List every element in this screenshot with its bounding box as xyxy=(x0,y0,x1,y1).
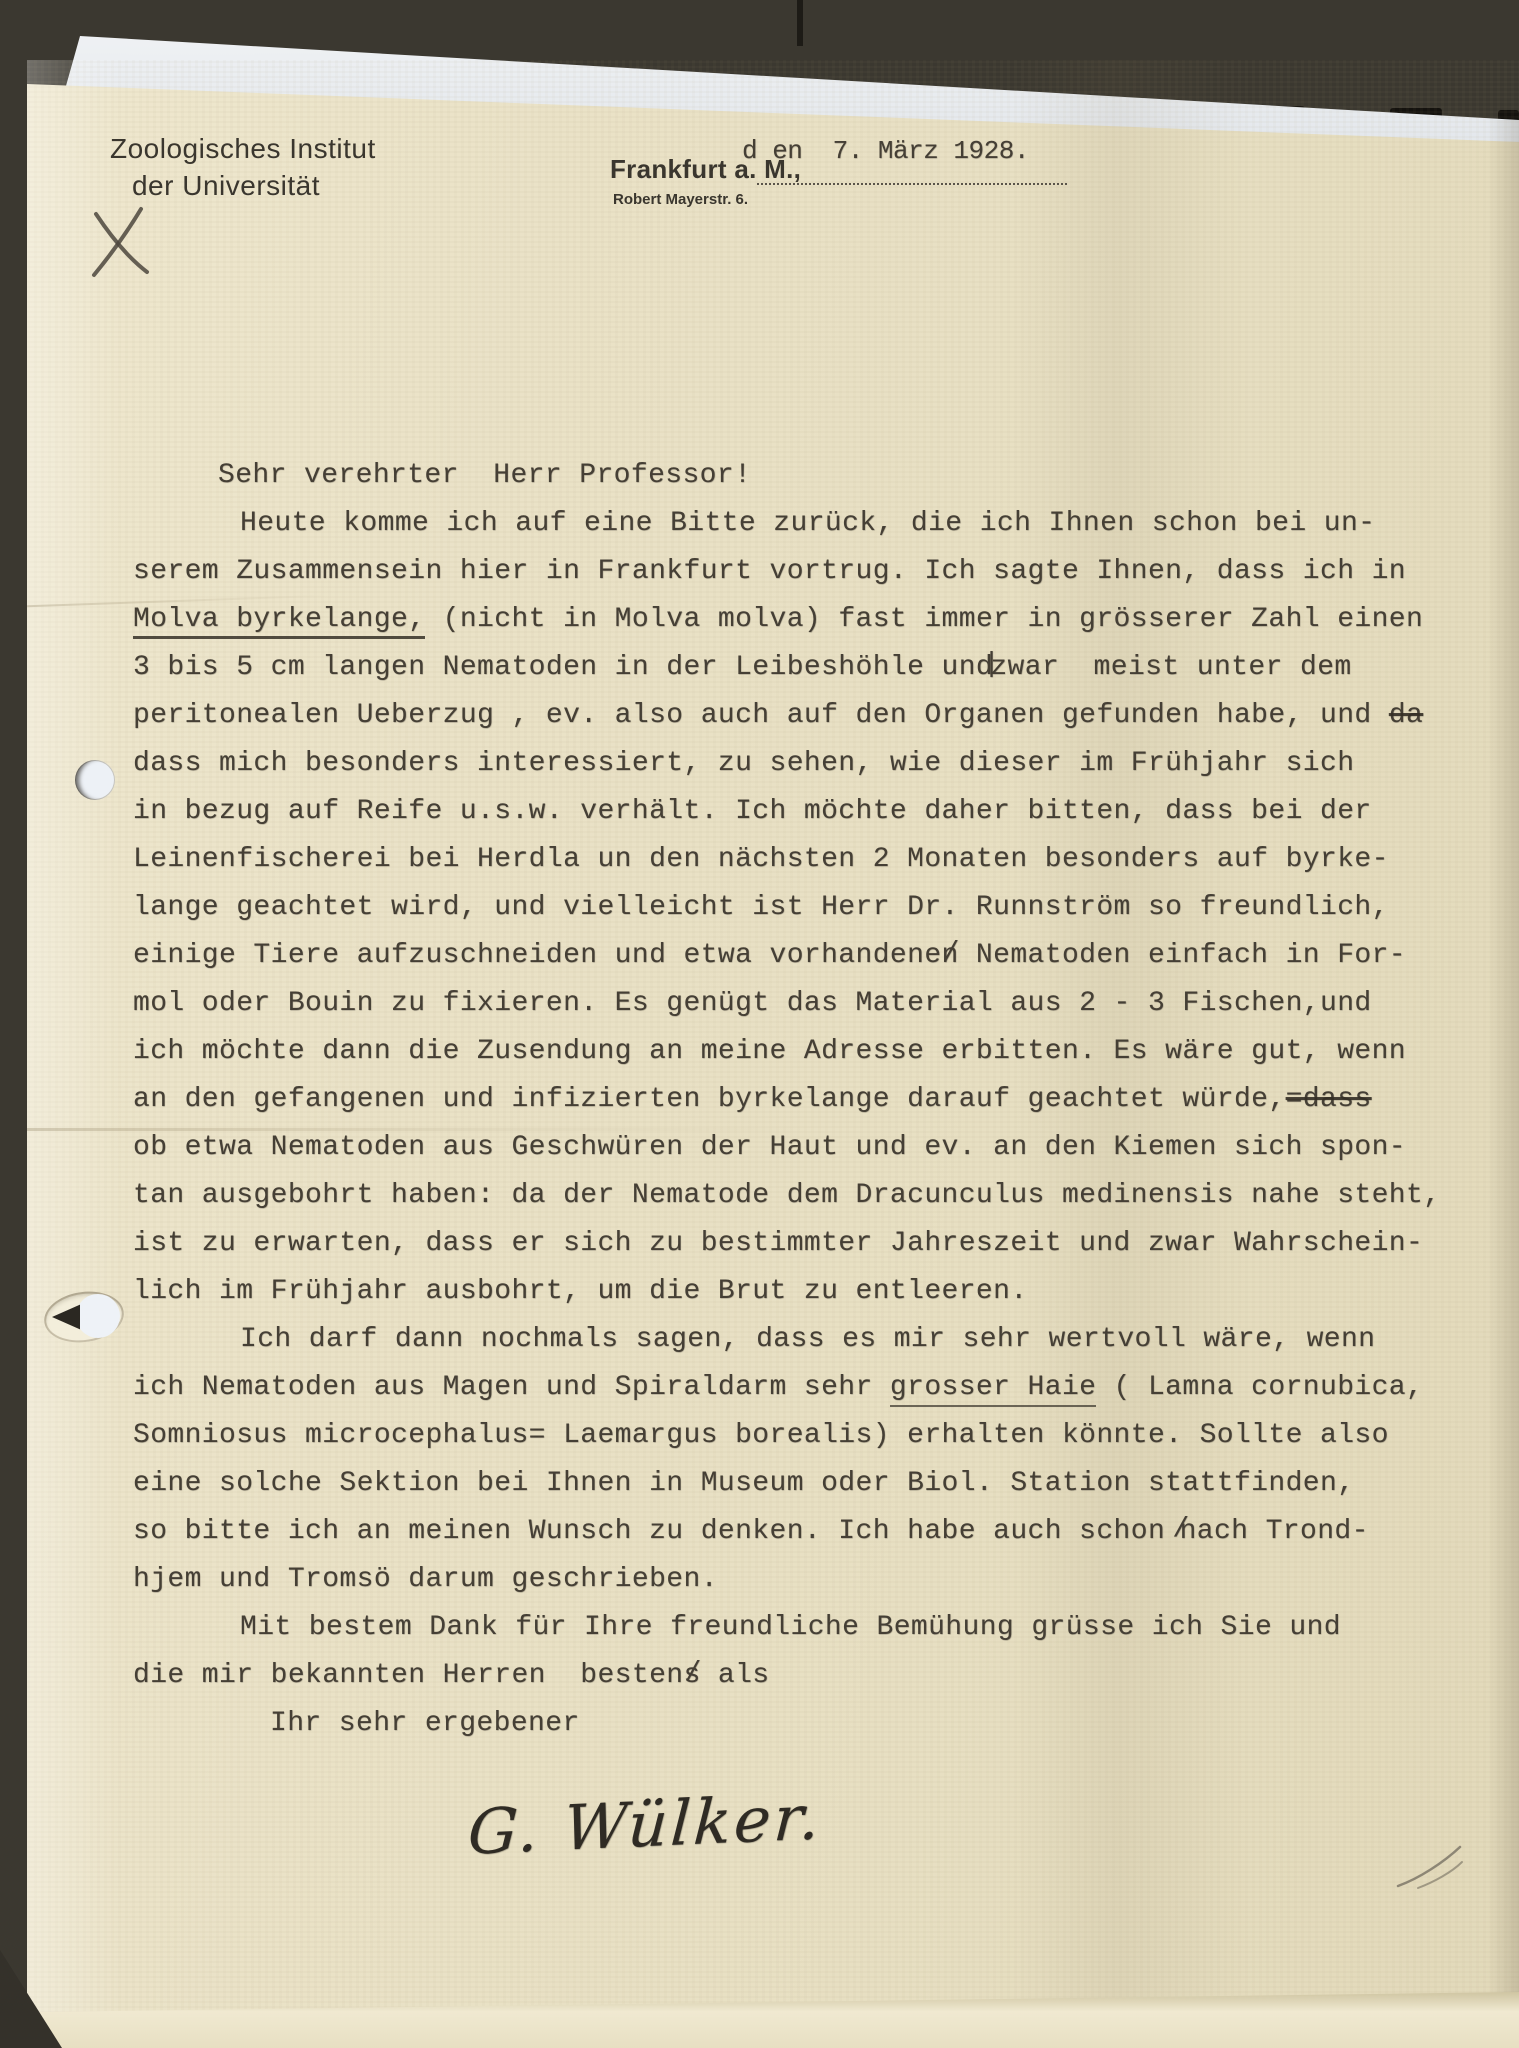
letter-text-segment: Ihr sehr ergebener xyxy=(270,1708,580,1739)
punch-hole-bottom xyxy=(44,1290,124,1344)
letter-line: Sehr verehrter Herr Professor! xyxy=(133,452,1493,500)
letter-text-segment: (nicht in Molva molva) fast immer in grö… xyxy=(425,604,1423,635)
letter-line: dass mich besonders interessiert, zu seh… xyxy=(133,740,1493,788)
letter-text-segment: Nematoden einfach in For- xyxy=(959,940,1406,971)
letter-text-segment: Molva byrkelange, xyxy=(133,604,425,639)
letter-text-segment: 3 bis 5 cm langen Nematoden in der Leibe… xyxy=(133,652,993,683)
letter-text-segment: ist zu erwarten, dass er sich zu bestimm… xyxy=(133,1228,1423,1259)
letter-line: in bezug auf Reife u.s.w. verhält. Ich m… xyxy=(133,788,1493,836)
letter-line: ich Nematoden aus Magen und Spiraldarm s… xyxy=(133,1364,1493,1412)
letter-text-segment: zwar meist unter dem xyxy=(990,652,1351,683)
signature: G. Wülker. xyxy=(466,1780,825,1869)
letter-text-segment: lich im Frühjahr ausbohrt, um die Brut z… xyxy=(133,1276,1028,1307)
letter-text-segment: an den gefangenen und infizierten byrkel… xyxy=(133,1084,1286,1115)
letter-line: tan ausgebohrt haben: da der Nematode de… xyxy=(133,1172,1493,1220)
letter-text-segment: nach Trond- xyxy=(1180,1516,1369,1547)
dotted-fill-line xyxy=(757,170,1067,185)
letter-text-segment: =dass xyxy=(1286,1084,1372,1115)
letter-text-segment: Mit bestem Dank für Ihre freundliche Bem… xyxy=(240,1612,1341,1643)
letter-line: peritonealen Ueberzug , ev. also auch au… xyxy=(133,692,1493,740)
letterhead-institute-line2: der Universität xyxy=(110,170,342,202)
letter-text-segment: da xyxy=(1389,700,1423,731)
letter-line: Molva byrkelange, (nicht in Molva molva)… xyxy=(133,596,1493,644)
letter-text-segment: ob etwa Nematoden aus Geschwüren der Hau… xyxy=(133,1132,1406,1163)
letter-text-segment: grosser Haie xyxy=(890,1372,1096,1407)
letter-text-segment: n xyxy=(942,932,959,980)
letter-line: lange geachtet wird, und vielleicht ist … xyxy=(133,884,1493,932)
letter-line: eine solche Sektion bei Ihnen in Museum … xyxy=(133,1460,1493,1508)
letter-line: mol oder Bouin zu fixieren. Es genügt da… xyxy=(133,980,1493,1028)
letter-text-segment: ich möchte dann die Zusendung an meine A… xyxy=(133,1036,1406,1067)
letter-line: die mir bekannten Herren bestens als xyxy=(133,1652,1493,1700)
letter-text-segment: ( Lamna cornubica, xyxy=(1096,1372,1423,1403)
typed-date: d en 7. März 1928. xyxy=(742,136,1029,166)
letter-line: Ihr sehr ergebener xyxy=(133,1700,1493,1748)
letter-text-segment: ich Nematoden aus Magen und Spiraldarm s… xyxy=(133,1372,890,1403)
letter-text-segment: / xyxy=(1172,1514,1189,1545)
letter-text-segment: Heute komme ich auf eine Bitte zurück, d… xyxy=(240,508,1375,539)
letter-text-segment: s xyxy=(684,1652,701,1700)
letter-line: Heute komme ich auf eine Bitte zurück, d… xyxy=(133,500,1493,548)
letter-line: ist zu erwarten, dass er sich zu bestimm… xyxy=(133,1220,1493,1268)
letter-text-segment: die mir bekannten Herren besten xyxy=(133,1660,684,1691)
letter-line: Leinenfischerei bei Herdla un den nächst… xyxy=(133,836,1493,884)
letter-line: so bitte ich an meinen Wunsch zu denken.… xyxy=(133,1508,1493,1556)
letter-line: Mit bestem Dank für Ihre freundliche Bem… xyxy=(133,1604,1493,1652)
letter-line: einige Tiere aufzuschneiden und etwa vor… xyxy=(133,932,1493,980)
letter-text-segment: so bitte ich an meinen Wunsch zu denken.… xyxy=(133,1516,1182,1547)
backdrop-slit xyxy=(797,0,803,46)
letterhead-institute-line1: Zoologisches Institut xyxy=(110,133,376,165)
letter-line: Somniosus microcephalus= Laemargus borea… xyxy=(133,1412,1493,1460)
letter-text-segment: als xyxy=(701,1660,770,1691)
letter-line: ob etwa Nematoden aus Geschwüren der Hau… xyxy=(133,1124,1493,1172)
letter-text-segment: tan ausgebohrt haben: da der Nematode de… xyxy=(133,1180,1440,1211)
letterhead-street: Robert Mayerstr. 6. xyxy=(613,191,748,208)
letter-text-segment: Ich darf dann nochmals sagen, dass es mi… xyxy=(240,1324,1375,1355)
letter-body: Sehr verehrter Herr Professor!Heute komm… xyxy=(133,452,1493,1748)
letter-text-segment: hjem und Tromsö darum geschrieben. xyxy=(133,1564,718,1595)
letter-text-segment: in bezug auf Reife u.s.w. verhält. Ich m… xyxy=(133,796,1372,827)
letter-text-segment: einige Tiere aufzuschneiden und etwa vor… xyxy=(133,940,942,971)
letter-line: lich im Frühjahr ausbohrt, um die Brut z… xyxy=(133,1268,1493,1316)
letter-line: hjem und Tromsö darum geschrieben. xyxy=(133,1556,1493,1604)
pen-stroke-mark xyxy=(1392,1842,1470,1892)
punch-hole-top xyxy=(75,760,115,800)
punch-hole-disc xyxy=(76,1294,120,1338)
letter-text-segment: Sehr verehrter Herr Professor! xyxy=(218,460,751,491)
letter-text-segment: serem Zusammensein hier in Frankfurt vor… xyxy=(133,556,1406,587)
letter-line: 3 bis 5 cm langen Nematoden in der Leibe… xyxy=(133,644,1493,692)
x-annotation-mark xyxy=(86,206,156,280)
letter-text-segment: lange geachtet wird, und vielleicht ist … xyxy=(133,892,1389,923)
letter-line: an den gefangenen und infizierten byrkel… xyxy=(133,1076,1493,1124)
letter-text-segment: Somniosus microcephalus= Laemargus borea… xyxy=(133,1420,1389,1451)
letter-text-segment: | xyxy=(983,649,1000,680)
letter-text-segment: eine solche Sektion bei Ihnen in Museum … xyxy=(133,1468,1354,1499)
letter-text-segment: mol oder Bouin zu fixieren. Es genügt da… xyxy=(133,988,1372,1019)
letter-text-segment: Leinenfischerei bei Herdla un den nächst… xyxy=(133,844,1389,875)
letter-text-segment: peritonealen Ueberzug , ev. also auch au… xyxy=(133,700,1389,731)
letter-line: ich möchte dann die Zusendung an meine A… xyxy=(133,1028,1493,1076)
letter-line: serem Zusammensein hier in Frankfurt vor… xyxy=(133,548,1493,596)
scanned-letter-page: Zoologisches Institut der Universität Fr… xyxy=(0,0,1519,2048)
letter-text-segment: dass mich besonders interessiert, zu seh… xyxy=(133,748,1354,779)
letter-line: Ich darf dann nochmals sagen, dass es mi… xyxy=(133,1316,1493,1364)
